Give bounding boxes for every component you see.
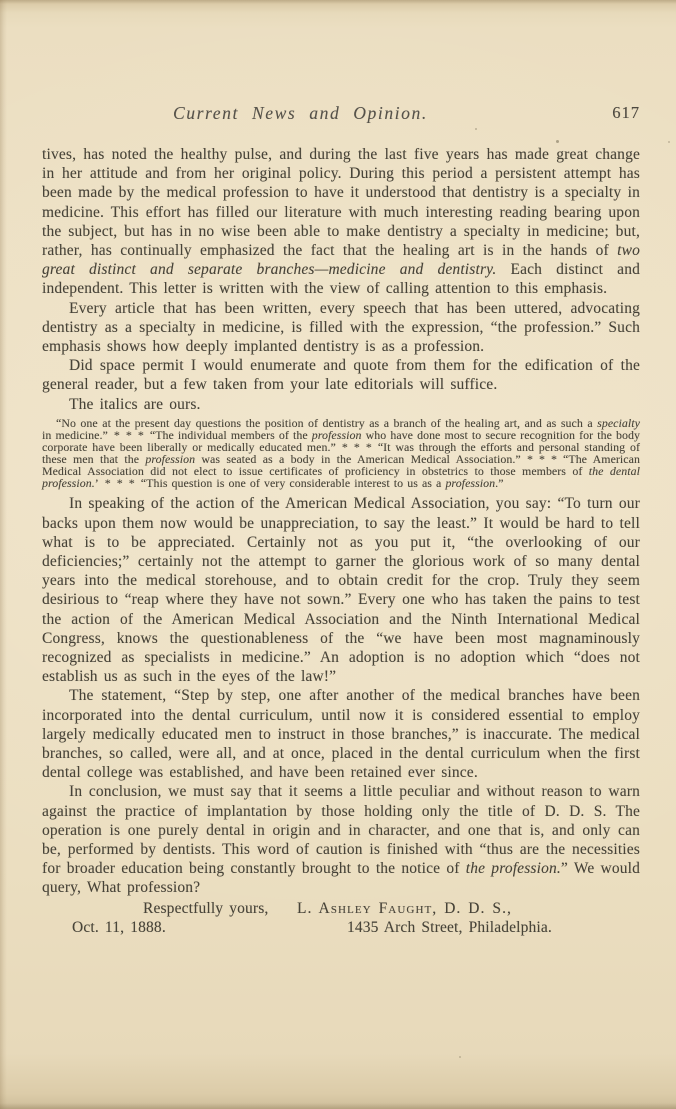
- paper-speck: [556, 140, 559, 143]
- conclusion-paragraph: In conclusion, we must say that it seems…: [42, 782, 640, 897]
- signature-row-1: Respectfully yours, L. Ashley Faught, D.…: [42, 899, 640, 918]
- text-run: .”: [495, 476, 503, 490]
- italics-note-paragraph: The italics are ours.: [42, 395, 640, 414]
- paper-bottom-edge-shadow: [0, 1103, 676, 1109]
- signature-row-2: Oct. 11, 1888. 1435 Arch Street, Philade…: [42, 918, 640, 937]
- page-title: Current News and Opinion.: [173, 103, 428, 124]
- opening-paragraph: tives, has noted the healthy pulse, and …: [42, 145, 640, 299]
- did-space-paragraph: Did space permit I would enumerate and q…: [42, 356, 640, 394]
- statement-paragraph: The statement, “Step by step, one after …: [42, 686, 640, 782]
- text-run: The italics are ours.: [69, 396, 201, 413]
- paper-speck: [668, 141, 670, 143]
- text-run: Every article that has been written, eve…: [42, 300, 640, 355]
- paper-left-edge-shadow: [0, 0, 7, 1109]
- italic-run: the profession.: [466, 860, 561, 877]
- paper-top-edge-shadow: [0, 0, 676, 4]
- every-article-paragraph: Every article that has been written, eve…: [42, 299, 640, 357]
- italic-run: profession: [445, 476, 495, 490]
- signature-date: Oct. 11, 1888.: [72, 918, 166, 937]
- editorial-quote-block: “No one at the present day questions the…: [42, 417, 640, 490]
- signature-address: 1435 Arch Street, Philadelphia.: [347, 918, 552, 937]
- signature-block: Respectfully yours, L. Ashley Faught, D.…: [42, 899, 640, 937]
- page-body: tives, has noted the healthy pulse, and …: [42, 145, 640, 937]
- paper-speck: [475, 128, 477, 130]
- text-run: In speaking of the action of the America…: [42, 495, 640, 685]
- signature-name: L. Ashley Faught, D. D. S.,: [297, 899, 512, 918]
- text-run: ’ * * * “This question is one of very co…: [95, 476, 446, 490]
- text-run: The statement, “Step by step, one after …: [42, 687, 640, 781]
- scanned-journal-page: Current News and Opinion. 617 tives, has…: [0, 0, 676, 1109]
- in-speaking-paragraph: In speaking of the action of the America…: [42, 494, 640, 686]
- page-number: 617: [612, 103, 640, 123]
- running-head: Current News and Opinion. 617: [42, 103, 640, 127]
- text-run: Did space permit I would enumerate and q…: [42, 357, 640, 393]
- text-run: tives, has noted the healthy pulse, and …: [42, 146, 640, 259]
- paper-speck: [459, 1056, 461, 1058]
- signature-closing: Respectfully yours,: [143, 899, 268, 918]
